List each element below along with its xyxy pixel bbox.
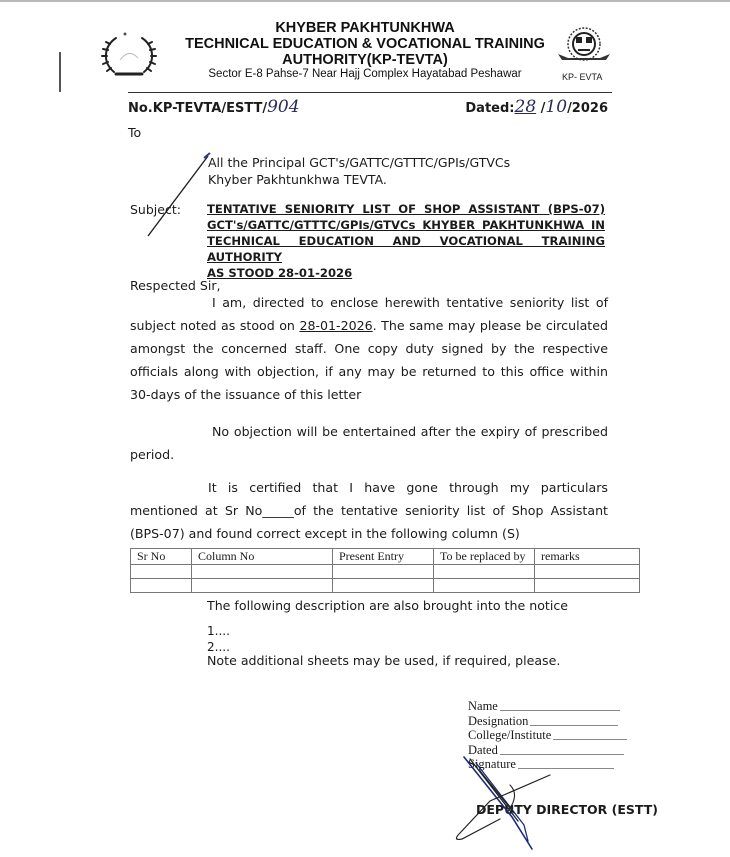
page-top-edge	[0, 0, 730, 2]
name-field[interactable]	[500, 699, 620, 711]
dated-field: Dated:28 /10/2026	[465, 97, 608, 117]
paragraph-1: I am, directed to enclose herewith tenta…	[130, 291, 608, 406]
table-header-row: Sr No Column No Present Entry To be repl…	[131, 549, 640, 565]
header-remarks: remarks	[535, 549, 640, 565]
paragraph-2: No objection will be entertained after t…	[130, 420, 608, 466]
subject-main: TENTATIVE SENIORITY LIST OF SHOP ASSISTA…	[207, 202, 605, 264]
header-rule	[128, 92, 612, 93]
dated-field-input[interactable]	[500, 743, 624, 755]
form-label: Name	[468, 699, 498, 714]
notice-note: Note additional sheets may be used, if r…	[207, 653, 560, 668]
handwritten-day: 28	[515, 97, 537, 117]
letterhead-line3: AUTHORITY(KP-TEVTA)	[150, 52, 580, 68]
form-field-college: College/Institute	[468, 728, 627, 743]
addressee-line2: Khyber Pakhtunkhwa TEVTA.	[208, 171, 510, 188]
letterhead-line2: TECHNICAL EDUCATION & VOCATIONAL TRAININ…	[150, 36, 580, 52]
addressee: All the Principal GCT's/GATTC/GTTTC/GPIs…	[208, 154, 510, 188]
header-sr-no: Sr No	[131, 549, 192, 565]
form-field-name: Name	[468, 699, 627, 714]
paragraph-3: It is certified that I have gone through…	[130, 476, 608, 545]
handwritten-number: 904	[267, 97, 299, 117]
reference-prefix: No.KP-TEVTA/ESTT/	[128, 101, 267, 116]
notice-item-1: 1....	[207, 624, 230, 638]
cell[interactable]	[333, 579, 434, 593]
designation-field[interactable]	[530, 714, 618, 726]
cell[interactable]	[434, 565, 535, 579]
notice-item-2: 2....	[207, 640, 230, 654]
handwritten-month: 10	[545, 97, 567, 117]
form-label: College/Institute	[468, 728, 551, 743]
margin-mark	[59, 52, 61, 92]
cell[interactable]	[535, 579, 640, 593]
cell[interactable]	[333, 565, 434, 579]
reference-number: No.KP-TEVTA/ESTT/904	[128, 97, 300, 117]
handwritten-signature	[450, 755, 590, 855]
letterhead-address: Sector E-8 Pahse-7 Near Hajj Complex Hay…	[150, 68, 580, 80]
sr-no-blank[interactable]: _____	[262, 503, 293, 518]
college-field[interactable]	[553, 728, 627, 740]
cell[interactable]	[192, 565, 333, 579]
stood-date: 28-01-2026	[299, 318, 372, 333]
table-row	[131, 565, 640, 579]
form-field-designation: Designation	[468, 714, 627, 729]
header-column-no: Column No	[192, 549, 333, 565]
subject-label: Subject:	[130, 202, 181, 217]
letterhead-line1: KHYBER PAKHTUNKHWA	[150, 20, 580, 36]
seal-caption: KP- EVTA	[562, 72, 602, 82]
addressee-line1: All the Principal GCT's/GATTC/GTTTC/GPIs…	[208, 154, 510, 171]
objection-table: Sr No Column No Present Entry To be repl…	[130, 548, 640, 593]
dated-label: Dated:	[465, 101, 514, 116]
date-year: /2026	[567, 101, 608, 116]
cell[interactable]	[131, 565, 192, 579]
header-present-entry: Present Entry	[333, 549, 434, 565]
notice-intro: The following description are also broug…	[207, 598, 568, 613]
cell[interactable]	[535, 565, 640, 579]
to-label: To	[128, 125, 141, 140]
cell[interactable]	[192, 579, 333, 593]
header-replaced-by: To be replaced by	[434, 549, 535, 565]
subject-text: TENTATIVE SENIORITY LIST OF SHOP ASSISTA…	[207, 201, 605, 281]
cell[interactable]	[131, 579, 192, 593]
table-row	[131, 579, 640, 593]
form-label: Designation	[468, 714, 528, 729]
cell[interactable]	[434, 579, 535, 593]
